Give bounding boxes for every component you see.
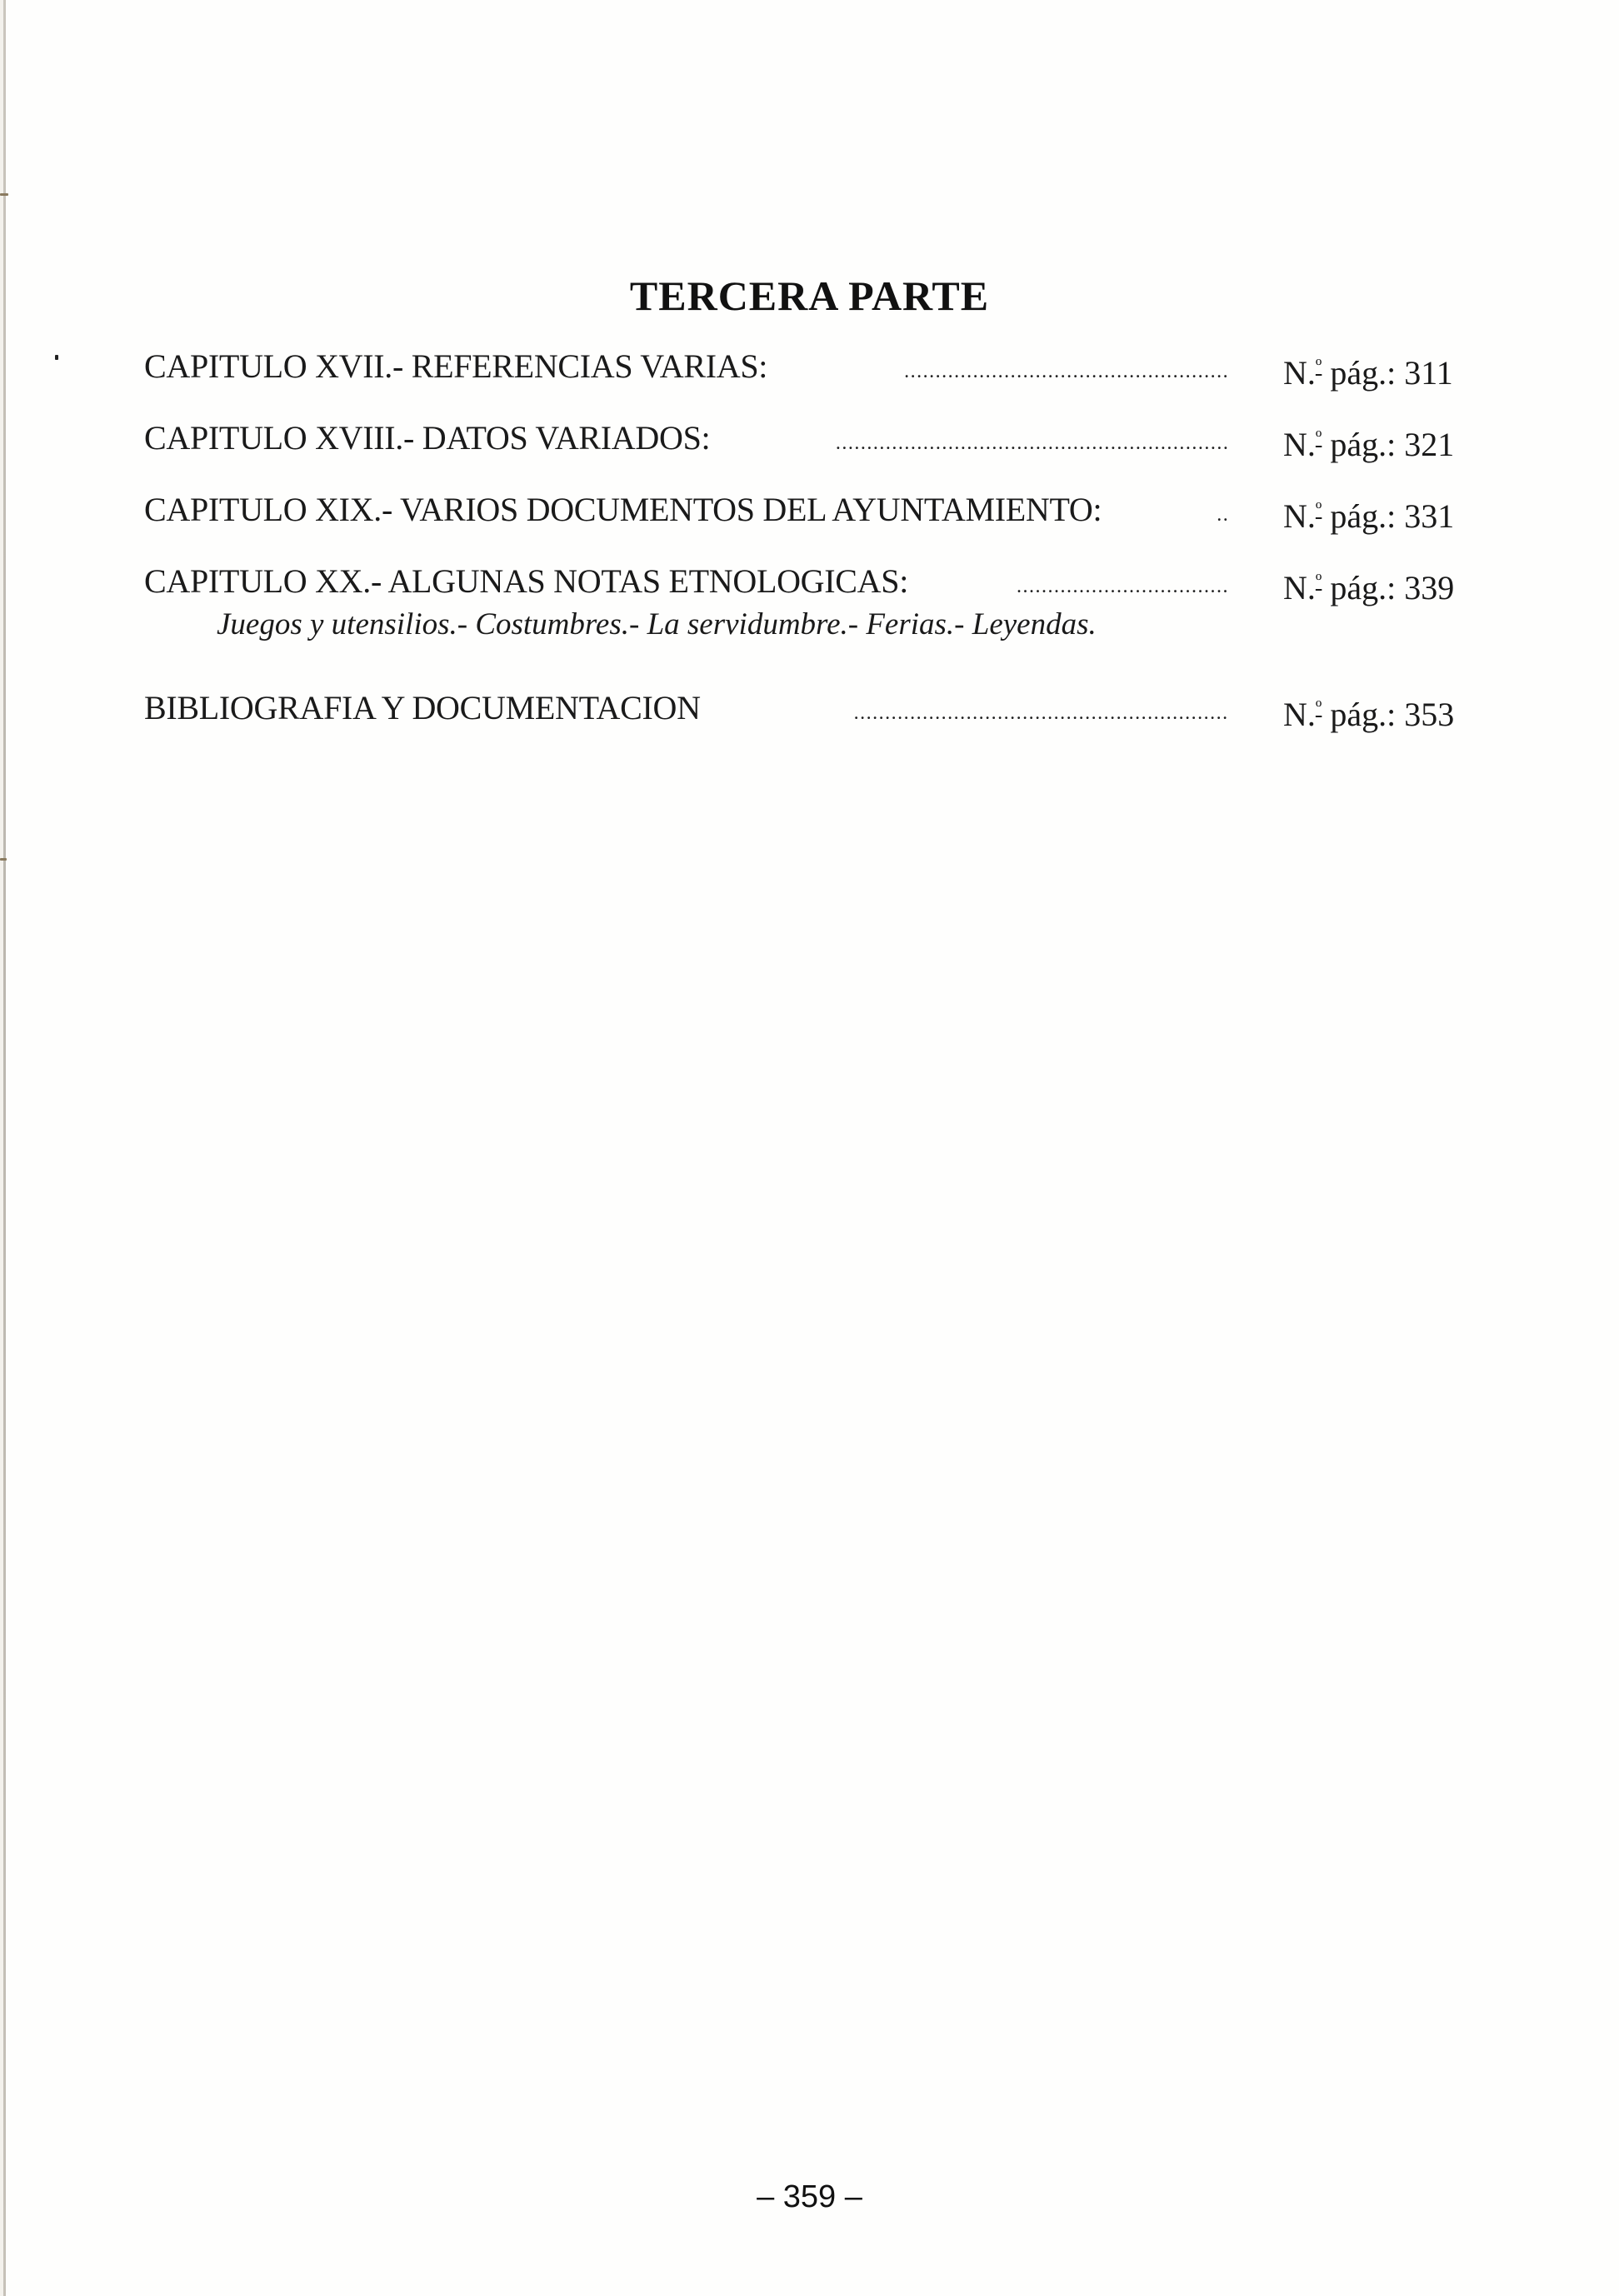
toc-page-reference: N.º pág.: 331 <box>1283 483 1454 543</box>
toc-entry-capitulo-xvii[interactable]: CAPITULO XVII.- REFERENCIAS VARIAS: ....… <box>144 340 1477 412</box>
dot-leader: ........................................… <box>714 686 1229 740</box>
table-of-contents: CAPITULO XVII.- REFERENCIAS VARIAS: ....… <box>144 340 1477 753</box>
dot-leader: .................................. <box>922 560 1229 613</box>
dot-leader: .. <box>1115 488 1229 542</box>
toc-page-reference: N.º pág.: 311 <box>1283 340 1453 400</box>
scan-mark <box>0 193 8 196</box>
toc-entry-capitulo-xviii[interactable]: CAPITULO XVIII.- DATOS VARIADOS: .......… <box>144 412 1477 483</box>
page-number-value: 321 <box>1404 426 1454 463</box>
toc-page-reference: N.º pág.: 353 <box>1283 681 1454 741</box>
toc-entry-label: CAPITULO XX.- ALGUNAS NOTAS ETNOLOGICAS: <box>144 555 908 608</box>
toc-entry-capitulo-xix[interactable]: CAPITULO XIX.- VARIOS DOCUMENTOS DEL AYU… <box>144 483 1477 555</box>
scan-speck <box>55 355 58 360</box>
page-number-value: 311 <box>1404 354 1453 392</box>
binding-edge <box>3 0 6 2296</box>
section-title: TERCERA PARTE <box>0 272 1619 320</box>
toc-entry-label: CAPITULO XIX.- VARIOS DOCUMENTOS DEL AYU… <box>144 483 1102 537</box>
toc-page-reference: N.º pág.: 321 <box>1283 412 1454 472</box>
toc-entry-subtopics: Juegos y utensilios.- Costumbres.- La se… <box>144 608 1477 681</box>
page-number-value: 339 <box>1404 569 1454 606</box>
page-number-value: 331 <box>1404 497 1454 535</box>
dot-leader: ........................................… <box>723 417 1229 470</box>
toc-entry-label: CAPITULO XVIII.- DATOS VARIADOS: <box>144 412 710 465</box>
toc-page-reference: N.º pág.: 339 <box>1283 555 1454 615</box>
toc-entry-bibliografia[interactable]: BIBLIOGRAFIA Y DOCUMENTACION ...........… <box>144 681 1477 753</box>
scan-mark <box>0 858 7 861</box>
dot-leader: ........................................… <box>781 345 1229 398</box>
page-number: – 359 – <box>0 2179 1619 2215</box>
page-number-value: 353 <box>1404 696 1454 733</box>
toc-entry-label: BIBLIOGRAFIA Y DOCUMENTACION <box>144 681 701 735</box>
toc-entry-label: CAPITULO XVII.- REFERENCIAS VARIAS: <box>144 340 767 393</box>
